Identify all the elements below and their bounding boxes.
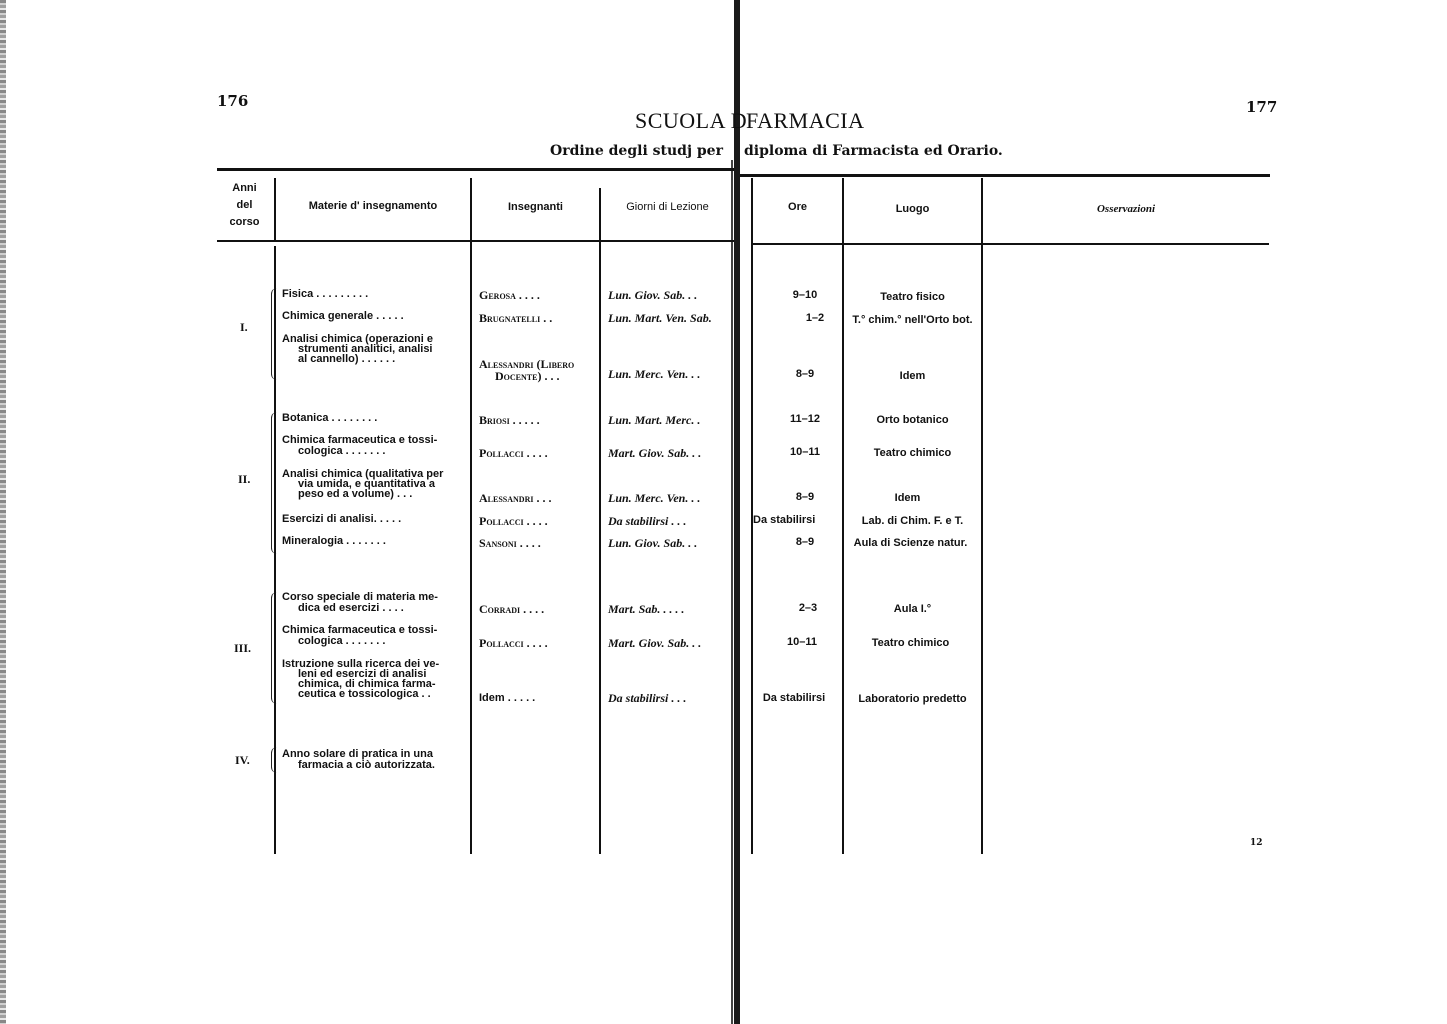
year-label: III. [234, 641, 251, 656]
teacher: Alessandri (Libero Docente) . . . [479, 358, 574, 382]
days: Mart. Giov. Sab. . . [608, 448, 701, 459]
teacher: Pollacci . . . . [479, 638, 548, 649]
table-top-rule-right [740, 174, 1270, 177]
hours: 8–9 [753, 537, 857, 548]
col-header-materie: Materie d' insegnamento [276, 198, 470, 215]
days: Lun. Mart. Merc. . [608, 415, 700, 426]
subject: Istruzione sulla ricerca dei ve- leni ed… [282, 659, 439, 699]
col-divider [981, 178, 983, 854]
subject: Chimica generale . . . . . [282, 311, 404, 322]
subject: Anno solare di pratica in una farmacia a… [282, 749, 435, 771]
days: Da stabilirsi . . . [608, 516, 686, 527]
teacher: Pollacci . . . . [479, 516, 548, 527]
subject-line: peso ed a volume) . . . [282, 489, 443, 499]
col-header-anni: Anni del corso [217, 180, 272, 231]
subject: Analisi chimica (qualitativa per via umi… [282, 469, 443, 499]
header-bottom-rule-right [752, 243, 1269, 245]
hours: 8–9 [753, 492, 857, 503]
subtitle-left: Ordine degli studj per [550, 143, 723, 159]
header-bottom-rule-left [217, 240, 734, 242]
place: T.° chim.° nell'Orto bot. [844, 315, 981, 326]
year-label: I. [240, 320, 248, 335]
place: Lab. di Chim. F. e T. [844, 516, 981, 527]
signature-mark: 12 [1250, 838, 1263, 848]
days: Lun. Giov. Sab. . . [608, 538, 697, 549]
teacher: Briosi . . . . . [479, 415, 540, 426]
subject: Corso speciale di materia me- dica ed es… [282, 592, 438, 614]
col-header-ore: Ore [753, 199, 842, 216]
teacher: Alessandri . . . [479, 493, 551, 504]
page-title-right: FARMACIA [746, 108, 865, 134]
hours: Da stabilirsi [753, 515, 811, 526]
days: Mart. Sab. . . . . [608, 604, 684, 615]
place: Aula di Scienze natur. [844, 538, 977, 549]
header-line: corso [217, 214, 272, 231]
brace-icon [271, 747, 277, 773]
place: Teatro chimico [844, 448, 981, 459]
subject-line: ceutica e tossicologica . . [282, 689, 439, 699]
subject: Analisi chimica (operazioni e strumenti … [282, 334, 433, 364]
year-label: II. [238, 472, 250, 487]
subject: Chimica farmaceutica e tossi- cologica .… [282, 435, 437, 457]
header-line: del [217, 197, 272, 214]
subject: Mineralogia . . . . . . . [282, 536, 386, 547]
place: Orto botanico [844, 415, 981, 426]
hours: 10–11 [753, 447, 857, 458]
subject: Fisica . . . . . . . . . [282, 289, 368, 300]
book-gutter [734, 0, 740, 1024]
teacher: Idem . . . . . [479, 693, 535, 704]
days: Mart. Giov. Sab. . . [608, 638, 701, 649]
table-top-rule-left [217, 168, 734, 171]
subject: Chimica farmaceutica e tossi- cologica .… [282, 625, 437, 647]
col-divider [599, 188, 601, 854]
brace-icon [271, 288, 277, 380]
hours: 11–12 [753, 414, 857, 425]
year-label: IV. [235, 753, 250, 768]
subject-line: cologica . . . . . . . [282, 446, 437, 457]
brace-icon [271, 592, 277, 704]
place: Aula I.° [844, 604, 981, 615]
teacher: Gerosa . . . . [479, 290, 540, 301]
hours: 10–11 [753, 637, 851, 648]
subject-line: cologica . . . . . . . [282, 636, 437, 647]
place: Laboratorio predetto [844, 694, 981, 705]
scan-edge [0, 0, 6, 1024]
teacher-line: Docente) . . . [479, 370, 574, 382]
place: Idem [844, 371, 981, 382]
teacher: Pollacci . . . . [479, 448, 548, 459]
col-divider [470, 178, 472, 854]
days: Da stabilirsi . . . [608, 693, 686, 704]
subject-line: al cannello) . . . . . . [282, 354, 433, 364]
header-line: Anni [217, 180, 272, 197]
page-number-left: 176 [217, 92, 248, 110]
hours: 8–9 [753, 369, 857, 380]
hours: Da stabilirsi [753, 693, 835, 704]
hours: 9–10 [753, 290, 857, 301]
col-header-insegnanti: Insegnanti [472, 199, 599, 216]
days: Lun. Giov. Sab. . . [608, 290, 697, 301]
page-number-right: 177 [1246, 98, 1277, 116]
place: Idem [844, 493, 971, 504]
days: Lun. Merc. Ven. . . [608, 369, 700, 380]
teacher: Corradi . . . . [479, 604, 544, 615]
place: Teatro fisico [844, 292, 981, 303]
teacher: Brugnatelli . . [479, 313, 552, 324]
subject: Botanica . . . . . . . . [282, 413, 377, 424]
page-title-left: SCUOLA D [635, 108, 747, 134]
book-gutter-shadow [731, 160, 733, 1024]
col-header-giorni: Giorni di Lezione [601, 199, 734, 216]
subject: Esercizi di analisi. . . . . [282, 514, 401, 525]
place: Teatro chimico [844, 638, 977, 649]
subject-line: dica ed esercizi . . . . [282, 603, 438, 614]
col-header-osservazioni: Osservazioni [983, 201, 1269, 218]
teacher: Sansoni . . . . [479, 538, 541, 549]
brace-icon [271, 412, 277, 554]
subtitle-right: diploma di Farmacista ed Orario. [744, 143, 1003, 159]
subject-line: farmacia a ciò autorizzata. [282, 760, 435, 771]
days: Lun. Mart. Ven. Sab. [608, 313, 712, 324]
days: Lun. Merc. Ven. . . [608, 493, 700, 504]
col-header-luogo: Luogo [844, 201, 981, 218]
